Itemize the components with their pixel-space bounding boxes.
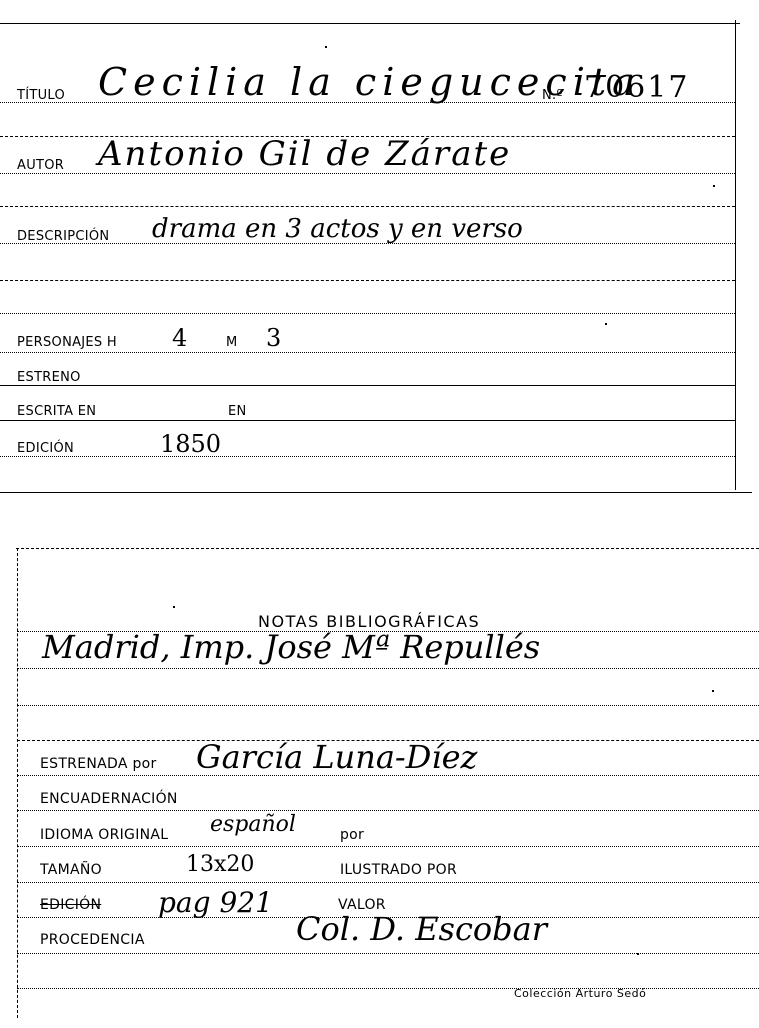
rule	[17, 988, 759, 989]
card-bottom-edge	[0, 492, 752, 493]
autor-label: AUTOR	[17, 158, 64, 173]
rule	[17, 668, 759, 669]
rule	[17, 810, 759, 811]
card-left-edge	[17, 548, 18, 1018]
rule	[0, 243, 735, 244]
tamano-label: TAMAÑO	[40, 862, 102, 878]
numero-label: N.º	[542, 88, 563, 103]
idioma-original-label: IDIOMA ORIGINAL	[40, 827, 168, 843]
numero-value: 70617	[584, 70, 689, 105]
personajes-h-value: 4	[172, 324, 187, 352]
rule	[17, 882, 759, 883]
escrita-en-label: ESCRITA EN	[17, 404, 96, 419]
encuadernacion-label: ENCUADERNACIÓN	[40, 791, 178, 807]
scan-speck	[325, 46, 327, 48]
collection-footer: Colección Arturo Sedó	[514, 987, 646, 1000]
card-top-edge	[16, 548, 759, 549]
rule	[0, 280, 735, 281]
edicion-label-struck: EDICIÓN	[40, 897, 101, 913]
tamano-value: 13x20	[186, 852, 254, 877]
rule	[17, 953, 759, 954]
edicion-value: pag 921	[158, 886, 273, 919]
scan-speck	[712, 690, 714, 692]
rule	[0, 420, 735, 421]
rule	[0, 352, 735, 353]
edicion-value: 1850	[160, 430, 221, 458]
rule	[0, 102, 735, 103]
descripcion-value: drama en 3 actos y en verso	[152, 214, 523, 244]
autor-value: Antonio Gil de Zárate	[98, 134, 511, 174]
rule	[17, 705, 759, 706]
scan-speck	[173, 606, 175, 608]
procedencia-value: Col. D. Escobar	[296, 910, 547, 948]
estrenada-por-value: García Luna-Díez	[196, 738, 477, 776]
scan-speck	[637, 953, 639, 955]
titulo-label: TÍTULO	[17, 88, 65, 103]
estrenada-por-label: ESTRENADA por	[40, 756, 157, 772]
card-right-edge	[735, 20, 736, 490]
rule	[0, 173, 735, 174]
scan-speck	[605, 323, 607, 325]
rule	[0, 313, 735, 314]
rule	[0, 206, 735, 207]
notas-line-value: Madrid, Imp. José Mª Repullés	[42, 628, 540, 666]
rule	[17, 846, 759, 847]
escrita-en-en-label: EN	[228, 404, 247, 419]
rule	[17, 775, 759, 776]
ilustrado-por-label: ILUSTRADO POR	[340, 862, 457, 878]
personajes-m-value: 3	[266, 324, 281, 352]
personajes-m-label: M	[226, 335, 238, 350]
rule	[0, 385, 735, 386]
estreno-label: ESTRENO	[17, 370, 81, 385]
card-top-edge	[0, 23, 740, 24]
personajes-label: PERSONAJES H	[17, 335, 117, 350]
edicion-label: EDICIÓN	[17, 441, 74, 456]
scan-speck	[713, 185, 715, 187]
idioma-por-label: por	[340, 827, 364, 843]
descripcion-label: DESCRIPCIÓN	[17, 229, 109, 244]
procedencia-label: PROCEDENCIA	[40, 932, 145, 948]
rule	[0, 456, 735, 457]
idioma-original-value: español	[210, 812, 296, 837]
